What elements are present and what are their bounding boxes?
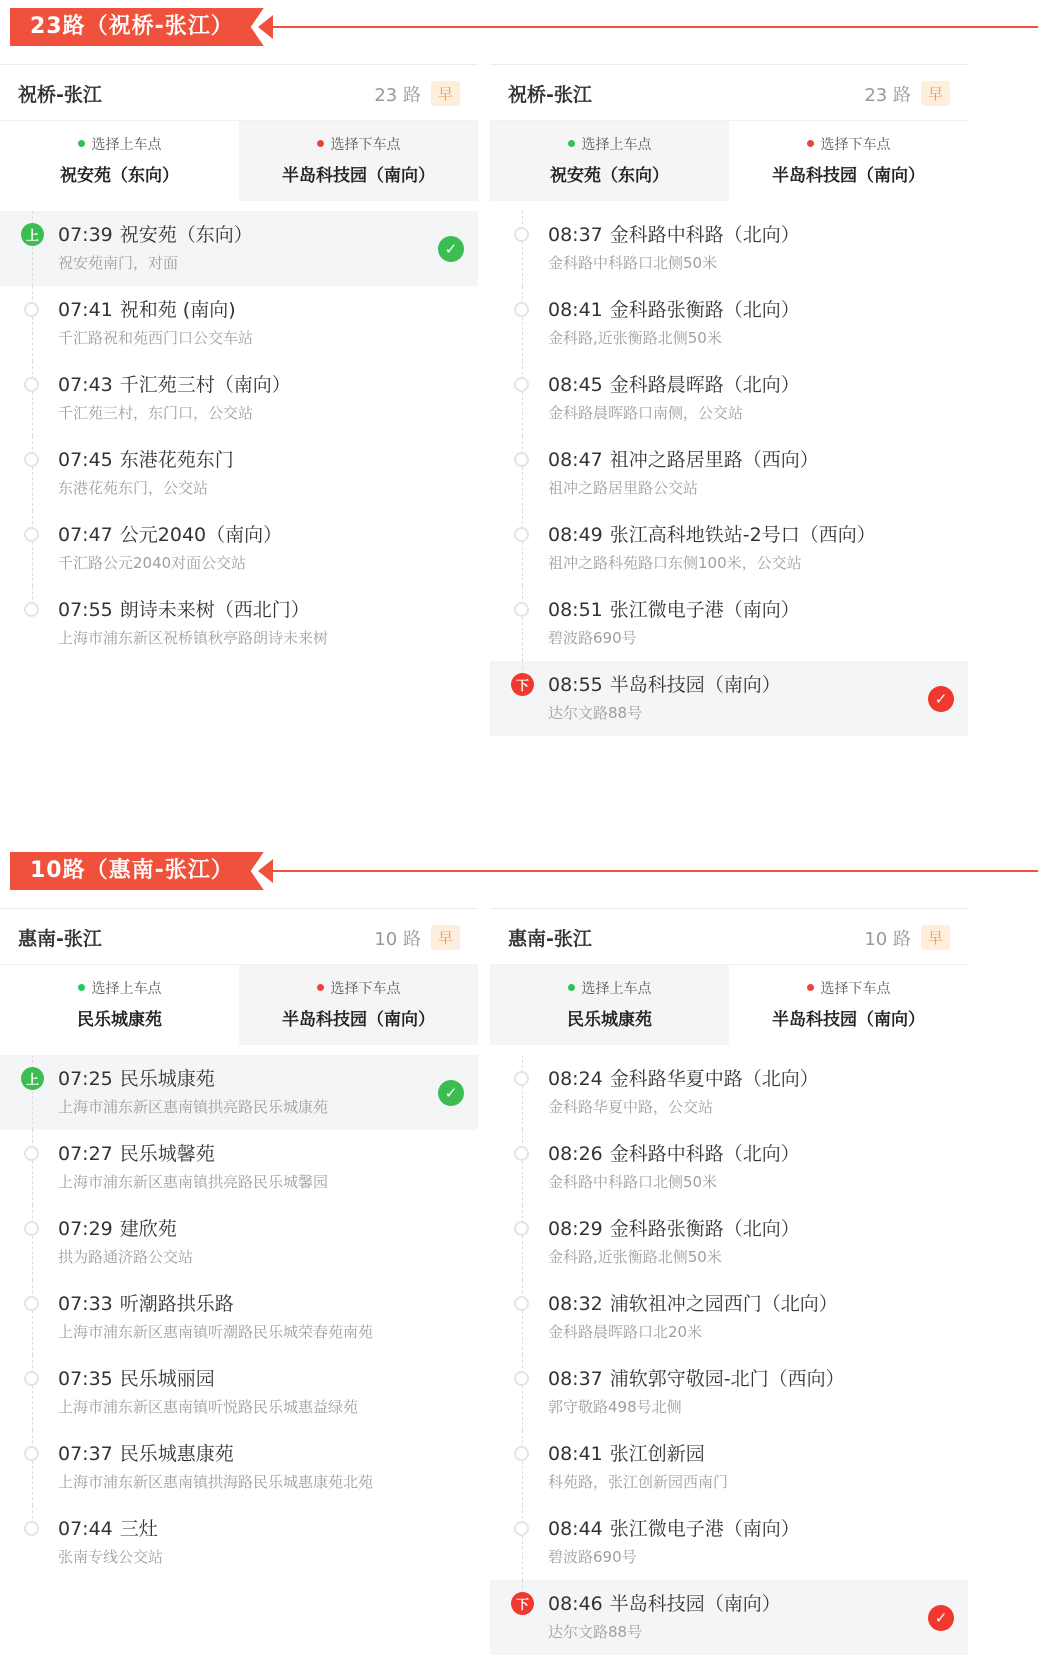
stop-marker-icon: [24, 1221, 39, 1236]
stop-description: 拱为路通济路公交站: [58, 1247, 428, 1268]
tab-dropoff[interactable]: 选择下车点 半岛科技园（南向）: [239, 121, 478, 201]
stop-marker-icon: [24, 527, 39, 542]
stop-marker-icon: [24, 1371, 39, 1386]
tab-pickup-label: 选择上车点: [582, 137, 652, 153]
route-number: 23 路: [374, 81, 421, 107]
tab-dropoff[interactable]: 选择下车点 半岛科技园（南向）: [729, 121, 968, 201]
stop-time: 08:41: [548, 299, 603, 321]
tab-pickup-station: 民乐城康苑: [6, 1005, 233, 1030]
stop-name: 东港花苑东门: [120, 449, 234, 471]
stop-description: 科苑路，张江创新园西南门: [548, 1472, 918, 1493]
stop-title: 07:25民乐城康苑: [58, 1067, 428, 1091]
stop-time: 08:49: [548, 524, 603, 546]
stop-description: 郭守敬路498号北侧: [548, 1397, 918, 1418]
stop-title: 07:55朗诗未来树（西北门）: [58, 598, 428, 622]
stop-marker-icon: 上: [21, 1067, 44, 1090]
stop-time: 08:29: [548, 1218, 603, 1240]
stop-title: 08:37金科路中科路（北向）: [548, 223, 918, 247]
tabs: 选择上车点 祝安苑（东向） 选择下车点 半岛科技园（南向）: [0, 120, 478, 201]
stop-name: 民乐城丽园: [120, 1368, 215, 1390]
tab-dropoff-station: 半岛科技园（南向）: [735, 1005, 962, 1030]
stop-marker-glyph: 上: [26, 225, 39, 244]
stop-description: 金科路,近张衡路北侧50米: [548, 328, 918, 349]
tab-dropoff[interactable]: 选择下车点 半岛科技园（南向）: [239, 965, 478, 1045]
stop-time: 07:39: [58, 224, 113, 246]
tab-pickup[interactable]: 选择上车点 民乐城康苑: [0, 965, 239, 1045]
stop-description: 金科路晨晖路口南侧，公交站: [548, 403, 918, 424]
dropoff-dot-icon: [807, 984, 814, 991]
tab-dropoff-label: 选择下车点: [821, 981, 891, 997]
check-icon: ✓: [438, 1080, 464, 1106]
stop-title: 08:44张江微电子港（南向）: [548, 1517, 918, 1541]
route-section: 10路（惠南-张江） 惠南-张江 10 路 早: [0, 852, 1038, 1659]
stop-name: 张江高科地铁站-2号口（西向）: [610, 524, 876, 546]
stop-name: 祖冲之路居里路（西向）: [610, 449, 819, 471]
stop-row[interactable]: 07:35民乐城丽园 上海市浦东新区惠南镇听悦路民乐城惠益绿苑: [0, 1355, 478, 1430]
stop-title: 07:29建欣苑: [58, 1217, 428, 1241]
stop-row[interactable]: 08:47祖冲之路居里路（西向） 祖冲之路居里路公交站: [490, 436, 968, 511]
stop-title: 07:41祝和苑 (南向): [58, 298, 428, 322]
route-name: 惠南-张江: [18, 924, 374, 951]
stop-title: 08:29金科路张衡路（北向）: [548, 1217, 918, 1241]
stop-name: 祝安苑（东向）: [120, 224, 253, 246]
tab-dropoff[interactable]: 选择下车点 半岛科技园（南向）: [729, 965, 968, 1045]
stop-time: 08:51: [548, 599, 603, 621]
stop-description: 碧波路690号: [548, 628, 918, 649]
stop-description: 达尔文路88号: [548, 703, 918, 724]
route-section: 23路（祝桥-张江） 祝桥-张江 23 路 早: [0, 8, 1038, 740]
stop-description: 金科路中科路口北侧50米: [548, 1172, 918, 1193]
stop-title: 07:27民乐城馨苑: [58, 1142, 428, 1166]
stop-title: 07:45东港花苑东门: [58, 448, 428, 472]
stop-description: 上海市浦东新区祝桥镇秋亭路朗诗未来树: [58, 628, 428, 649]
stop-description: 金科路中科路口北侧50米: [548, 253, 918, 274]
panel-header: 惠南-张江 10 路 早: [0, 908, 478, 964]
pickup-dot-icon: [568, 984, 575, 991]
stop-row[interactable]: 07:45东港花苑东门 东港花苑东门，公交站: [0, 436, 478, 511]
stop-title: 07:35民乐城丽园: [58, 1367, 428, 1391]
stop-title: 08:51张江微电子港（南向）: [548, 598, 918, 622]
tab-pickup-label: 选择上车点: [92, 981, 162, 997]
check-icon: ✓: [928, 686, 954, 712]
stop-name: 金科路张衡路（北向）: [610, 299, 800, 321]
stop-marker-icon: [514, 1296, 529, 1311]
dropoff-dot-icon: [317, 140, 324, 147]
stop-name: 浦软祖冲之园西门（北向）: [610, 1293, 838, 1315]
stop-name: 三灶: [120, 1518, 158, 1540]
stop-time: 08:41: [548, 1443, 603, 1465]
route-panel: 祝桥-张江 23 路 早 选择上车点 祝安苑（东向）: [0, 64, 478, 740]
stop-row[interactable]: 08:29金科路张衡路（北向） 金科路,近张衡路北侧50米: [490, 1205, 968, 1280]
pickup-dot-icon: [78, 984, 85, 991]
route-number: 10 路: [864, 925, 911, 951]
stop-time: 08:44: [548, 1518, 603, 1540]
tab-pickup-station: 祝安苑（东向）: [6, 161, 233, 186]
left-arrowhead-icon: [258, 15, 273, 39]
stop-name: 民乐城馨苑: [120, 1143, 215, 1165]
stop-row[interactable]: 07:41祝和苑 (南向) 千汇路祝和苑西门口公交车站: [0, 286, 478, 361]
tab-dropoff-label-row: 选择下车点: [735, 134, 962, 154]
stop-time: 08:45: [548, 374, 603, 396]
stop-row[interactable]: 08:26金科路中科路（北向） 金科路中科路口北侧50米: [490, 1130, 968, 1205]
stop-row[interactable]: 上 07:25民乐城康苑 上海市浦东新区惠南镇拱亮路民乐城康苑 ✓: [0, 1055, 478, 1130]
stop-name: 浦软郭守敬园-北门（西向）: [610, 1368, 845, 1390]
stop-description: 上海市浦东新区惠南镇拱亮路民乐城馨园: [58, 1172, 428, 1193]
tab-dropoff-label: 选择下车点: [331, 981, 401, 997]
stop-name: 半岛科技园（南向）: [610, 674, 781, 696]
stop-list: 08:24金科路华夏中路（北向） 金科路华夏中路，公交站 08:26金科路: [490, 1055, 968, 1659]
stop-marker-icon: [24, 1446, 39, 1461]
stop-name: 听潮路拱乐路: [120, 1293, 234, 1315]
check-icon: ✓: [438, 236, 464, 262]
banner-line: [273, 870, 1038, 872]
stop-marker-icon: 下: [511, 673, 534, 696]
stop-time: 07:33: [58, 1293, 113, 1315]
stop-title: 08:26金科路中科路（北向）: [548, 1142, 918, 1166]
stop-time: 08:24: [548, 1068, 603, 1090]
stop-marker-icon: [24, 377, 39, 392]
stop-marker-icon: [514, 1371, 529, 1386]
tab-dropoff-label-row: 选择下车点: [245, 134, 472, 154]
tabs: 选择上车点 民乐城康苑 选择下车点 半岛科技园（南向）: [490, 964, 968, 1045]
stop-time: 07:29: [58, 1218, 113, 1240]
stop-row[interactable]: 08:41张江创新园 科苑路，张江创新园西南门: [490, 1430, 968, 1505]
tabs: 选择上车点 祝安苑（东向） 选择下车点 半岛科技园（南向）: [490, 120, 968, 201]
tabs: 选择上车点 民乐城康苑 选择下车点 半岛科技园（南向）: [0, 964, 478, 1045]
tab-pickup-station: 祝安苑（东向）: [496, 161, 723, 186]
stop-title: 08:45金科路晨晖路（北向）: [548, 373, 918, 397]
stop-description: 上海市浦东新区惠南镇听潮路民乐城荣春苑南苑: [58, 1322, 428, 1343]
stop-title: 08:47祖冲之路居里路（西向）: [548, 448, 918, 472]
stop-name: 祝和苑 (南向): [120, 299, 236, 321]
stop-name: 金科路中科路（北向）: [610, 1143, 800, 1165]
stop-row[interactable]: 08:45金科路晨晖路（北向） 金科路晨晖路口南侧，公交站: [490, 361, 968, 436]
stop-row[interactable]: 08:32浦软祖冲之园西门（北向） 金科路晨晖路口北20米: [490, 1280, 968, 1355]
stop-description: 金科路华夏中路，公交站: [548, 1097, 918, 1118]
stop-marker-icon: [514, 602, 529, 617]
stop-title: 08:55半岛科技园（南向）: [548, 673, 918, 697]
stop-description: 上海市浦东新区惠南镇拱亮路民乐城康苑: [58, 1097, 428, 1118]
stop-name: 民乐城惠康苑: [120, 1443, 234, 1465]
stop-marker-icon: [24, 602, 39, 617]
stop-row[interactable]: 07:37民乐城惠康苑 上海市浦东新区惠南镇拱海路民乐城惠康苑北苑: [0, 1430, 478, 1505]
stop-time: 07:27: [58, 1143, 113, 1165]
stop-list: 上 07:25民乐城康苑 上海市浦东新区惠南镇拱亮路民乐城康苑 ✓: [0, 1055, 478, 1584]
stop-marker-glyph: 上: [26, 1069, 39, 1088]
stop-time: 08:46: [548, 1593, 603, 1615]
stop-row[interactable]: 08:24金科路华夏中路（北向） 金科路华夏中路，公交站: [490, 1055, 968, 1130]
route-name: 祝桥-张江: [508, 80, 864, 107]
stop-row[interactable]: 08:49张江高科地铁站-2号口（西向） 祖冲之路科苑路口东侧100米，公交站: [490, 511, 968, 586]
stop-marker-icon: [24, 302, 39, 317]
tab-pickup-label-row: 选择上车点: [6, 978, 233, 998]
stop-marker-icon: [514, 1221, 529, 1236]
banner-line: [273, 26, 1038, 28]
route-number: 23 路: [864, 81, 911, 107]
stop-name: 建欣苑: [120, 1218, 177, 1240]
pickup-dot-icon: [568, 140, 575, 147]
stop-row[interactable]: 07:55朗诗未来树（西北门） 上海市浦东新区祝桥镇秋亭路朗诗未来树: [0, 586, 478, 661]
banner-tail: [258, 859, 1038, 883]
stop-time: 08:37: [548, 224, 603, 246]
stop-name: 金科路晨晖路（北向）: [610, 374, 800, 396]
stop-row[interactable]: 07:47公元2040（南向） 千汇路公元2040对面公交站: [0, 511, 478, 586]
stop-row[interactable]: 07:44三灶 张南专线公交站: [0, 1505, 478, 1580]
stop-row[interactable]: 08:37金科路中科路（北向） 金科路中科路口北侧50米: [490, 211, 968, 286]
route-name: 惠南-张江: [508, 924, 864, 951]
route-banner-ribbon: 23路（祝桥-张江）: [10, 8, 264, 46]
stop-time: 07:43: [58, 374, 113, 396]
panel-header: 祝桥-张江 23 路 早: [490, 64, 968, 120]
stop-marker-icon: [514, 302, 529, 317]
stop-marker-icon: [514, 227, 529, 242]
stop-name: 张江创新园: [610, 1443, 705, 1465]
stop-title: 08:24金科路华夏中路（北向）: [548, 1067, 918, 1091]
stop-time: 07:41: [58, 299, 113, 321]
tab-dropoff-label-row: 选择下车点: [245, 978, 472, 998]
stop-name: 半岛科技园（南向）: [610, 1593, 781, 1615]
stop-description: 祖冲之路科苑路口东侧100米，公交站: [548, 553, 918, 574]
tab-pickup-station: 民乐城康苑: [496, 1005, 723, 1030]
tab-pickup[interactable]: 选择上车点 民乐城康苑: [490, 965, 729, 1045]
stop-marker-icon: [24, 1146, 39, 1161]
stop-name: 金科路华夏中路（北向）: [610, 1068, 819, 1090]
stop-time: 07:55: [58, 599, 113, 621]
route-panels: 惠南-张江 10 路 早 选择上车点 民乐城康苑: [0, 908, 1038, 1659]
stop-time: 07:37: [58, 1443, 113, 1465]
check-icon: ✓: [928, 1605, 954, 1631]
stop-description: 千汇路公元2040对面公交站: [58, 553, 428, 574]
stop-title: 07:37民乐城惠康苑: [58, 1442, 428, 1466]
left-arrowhead-icon: [258, 859, 273, 883]
stop-name: 张江微电子港（南向）: [610, 1518, 800, 1540]
stop-description: 上海市浦东新区惠南镇拱海路民乐城惠康苑北苑: [58, 1472, 428, 1493]
stop-marker-icon: [24, 1521, 39, 1536]
route-panel: 惠南-张江 10 路 早 选择上车点 民乐城康苑: [0, 908, 478, 1659]
stop-time: 08:55: [548, 674, 603, 696]
stop-time: 08:37: [548, 1368, 603, 1390]
route-banner: 10路（惠南-张江）: [10, 852, 1038, 890]
stop-row[interactable]: 08:44张江微电子港（南向） 碧波路690号: [490, 1505, 968, 1580]
stop-row[interactable]: 07:43千汇苑三村（南向） 千汇苑三村，东门口，公交站: [0, 361, 478, 436]
tab-pickup-label-row: 选择上车点: [496, 978, 723, 998]
stop-name: 公元2040（南向）: [120, 524, 282, 546]
stop-time: 08:26: [548, 1143, 603, 1165]
stop-name: 民乐城康苑: [120, 1068, 215, 1090]
stop-description: 东港花苑东门，公交站: [58, 478, 428, 499]
stop-time: 08:47: [548, 449, 603, 471]
stop-title: 08:41金科路张衡路（北向）: [548, 298, 918, 322]
stop-marker-glyph: 下: [516, 1594, 529, 1613]
stop-title: 08:37浦软郭守敬园-北门（西向）: [548, 1367, 918, 1391]
stop-list: 上 07:39祝安苑（东向） 祝安苑南门，对面 ✓: [0, 211, 478, 665]
early-badge: 早: [431, 81, 460, 106]
stop-name: 朗诗未来树（西北门）: [120, 599, 310, 621]
stop-description: 达尔文路88号: [548, 1622, 918, 1643]
stop-title: 07:44三灶: [58, 1517, 428, 1541]
tab-pickup[interactable]: 选择上车点 祝安苑（东向）: [490, 121, 729, 201]
stop-row[interactable]: 07:33听潮路拱乐路 上海市浦东新区惠南镇听潮路民乐城荣春苑南苑: [0, 1280, 478, 1355]
tab-dropoff-label: 选择下车点: [331, 137, 401, 153]
stop-description: 千汇路祝和苑西门口公交车站: [58, 328, 428, 349]
tab-dropoff-label-row: 选择下车点: [735, 978, 962, 998]
stop-row[interactable]: 上 07:39祝安苑（东向） 祝安苑南门，对面 ✓: [0, 211, 478, 286]
route-banner-ribbon: 10路（惠南-张江）: [10, 852, 264, 890]
stop-marker-icon: [514, 1446, 529, 1461]
tab-pickup-label-row: 选择上车点: [6, 134, 233, 154]
tab-pickup-label: 选择上车点: [582, 981, 652, 997]
pickup-dot-icon: [78, 140, 85, 147]
stop-title: 08:49张江高科地铁站-2号口（西向）: [548, 523, 918, 547]
tab-dropoff-station: 半岛科技园（南向）: [245, 1005, 472, 1030]
stop-description: 祖冲之路居里路公交站: [548, 478, 918, 499]
stop-title: 08:32浦软祖冲之园西门（北向）: [548, 1292, 918, 1316]
route-banner: 23路（祝桥-张江）: [10, 8, 1038, 46]
stop-description: 上海市浦东新区惠南镇听悦路民乐城惠益绿苑: [58, 1397, 428, 1418]
stop-time: 07:25: [58, 1068, 113, 1090]
stop-name: 张江微电子港（南向）: [610, 599, 800, 621]
stop-marker-icon: 下: [511, 1592, 534, 1615]
stop-row[interactable]: 07:29建欣苑 拱为路通济路公交站: [0, 1205, 478, 1280]
tab-pickup-label-row: 选择上车点: [496, 134, 723, 154]
stop-marker-icon: [514, 527, 529, 542]
stop-time: 07:45: [58, 449, 113, 471]
stop-title: 07:43千汇苑三村（南向）: [58, 373, 428, 397]
stop-title: 07:39祝安苑（东向）: [58, 223, 428, 247]
stop-marker-icon: [514, 1521, 529, 1536]
stop-description: 张南专线公交站: [58, 1547, 428, 1568]
tab-dropoff-station: 半岛科技园（南向）: [245, 161, 472, 186]
stop-name: 金科路张衡路（北向）: [610, 1218, 800, 1240]
route-banner-title: 23路（祝桥-张江）: [30, 14, 234, 39]
early-badge: 早: [431, 925, 460, 950]
early-badge: 早: [921, 925, 950, 950]
stop-title: 08:46半岛科技园（南向）: [548, 1592, 918, 1616]
stop-name: 金科路中科路（北向）: [610, 224, 800, 246]
stop-name: 千汇苑三村（南向）: [120, 374, 291, 396]
stop-time: 07:35: [58, 1368, 113, 1390]
panel-header: 惠南-张江 10 路 早: [490, 908, 968, 964]
tab-pickup[interactable]: 选择上车点 祝安苑（东向）: [0, 121, 239, 201]
stop-row[interactable]: 08:37浦软郭守敬园-北门（西向） 郭守敬路498号北侧: [490, 1355, 968, 1430]
route-banner-title: 10路（惠南-张江）: [30, 858, 234, 883]
stop-row[interactable]: 下 08:46半岛科技园（南向） 达尔文路88号 ✓: [490, 1580, 968, 1655]
stop-marker-icon: [514, 452, 529, 467]
tab-dropoff-station: 半岛科技园（南向）: [735, 161, 962, 186]
stop-description: 千汇苑三村，东门口，公交站: [58, 403, 428, 424]
stop-description: 碧波路690号: [548, 1547, 918, 1568]
stop-title: 07:33听潮路拱乐路: [58, 1292, 428, 1316]
banner-tail: [258, 15, 1038, 39]
stop-description: 金科路,近张衡路北侧50米: [548, 1247, 918, 1268]
route-panel: 祝桥-张江 23 路 早 选择上车点 祝安苑（东向）: [490, 64, 968, 740]
tab-pickup-label: 选择上车点: [92, 137, 162, 153]
stop-marker-icon: [514, 1146, 529, 1161]
stop-time: 07:47: [58, 524, 113, 546]
tab-dropoff-label: 选择下车点: [821, 137, 891, 153]
stop-time: 08:32: [548, 1293, 603, 1315]
stop-description: 金科路晨晖路口北20米: [548, 1322, 918, 1343]
dropoff-dot-icon: [317, 984, 324, 991]
early-badge: 早: [921, 81, 950, 106]
stop-list: 08:37金科路中科路（北向） 金科路中科路口北侧50米 08:41金科路: [490, 211, 968, 740]
stop-marker-icon: [514, 377, 529, 392]
route-number: 10 路: [374, 925, 421, 951]
stop-row[interactable]: 08:51张江微电子港（南向） 碧波路690号: [490, 586, 968, 661]
stop-marker-icon: [514, 1071, 529, 1086]
route-name: 祝桥-张江: [18, 80, 374, 107]
stop-row[interactable]: 下 08:55半岛科技园（南向） 达尔文路88号 ✓: [490, 661, 968, 736]
stop-row[interactable]: 07:27民乐城馨苑 上海市浦东新区惠南镇拱亮路民乐城馨园: [0, 1130, 478, 1205]
stop-time: 07:44: [58, 1518, 113, 1540]
stop-title: 08:41张江创新园: [548, 1442, 918, 1466]
stop-description: 祝安苑南门，对面: [58, 253, 428, 274]
stop-marker-icon: 上: [21, 223, 44, 246]
dropoff-dot-icon: [807, 140, 814, 147]
stop-title: 07:47公元2040（南向）: [58, 523, 428, 547]
route-panels: 祝桥-张江 23 路 早 选择上车点 祝安苑（东向）: [0, 64, 1038, 740]
panel-header: 祝桥-张江 23 路 早: [0, 64, 478, 120]
stop-marker-icon: [24, 452, 39, 467]
stop-row[interactable]: 08:41金科路张衡路（北向） 金科路,近张衡路北侧50米: [490, 286, 968, 361]
route-panel: 惠南-张江 10 路 早 选择上车点 民乐城康苑: [490, 908, 968, 1659]
stop-marker-icon: [24, 1296, 39, 1311]
stop-marker-glyph: 下: [516, 675, 529, 694]
page: 23路（祝桥-张江） 祝桥-张江 23 路 早: [0, 0, 1038, 1659]
